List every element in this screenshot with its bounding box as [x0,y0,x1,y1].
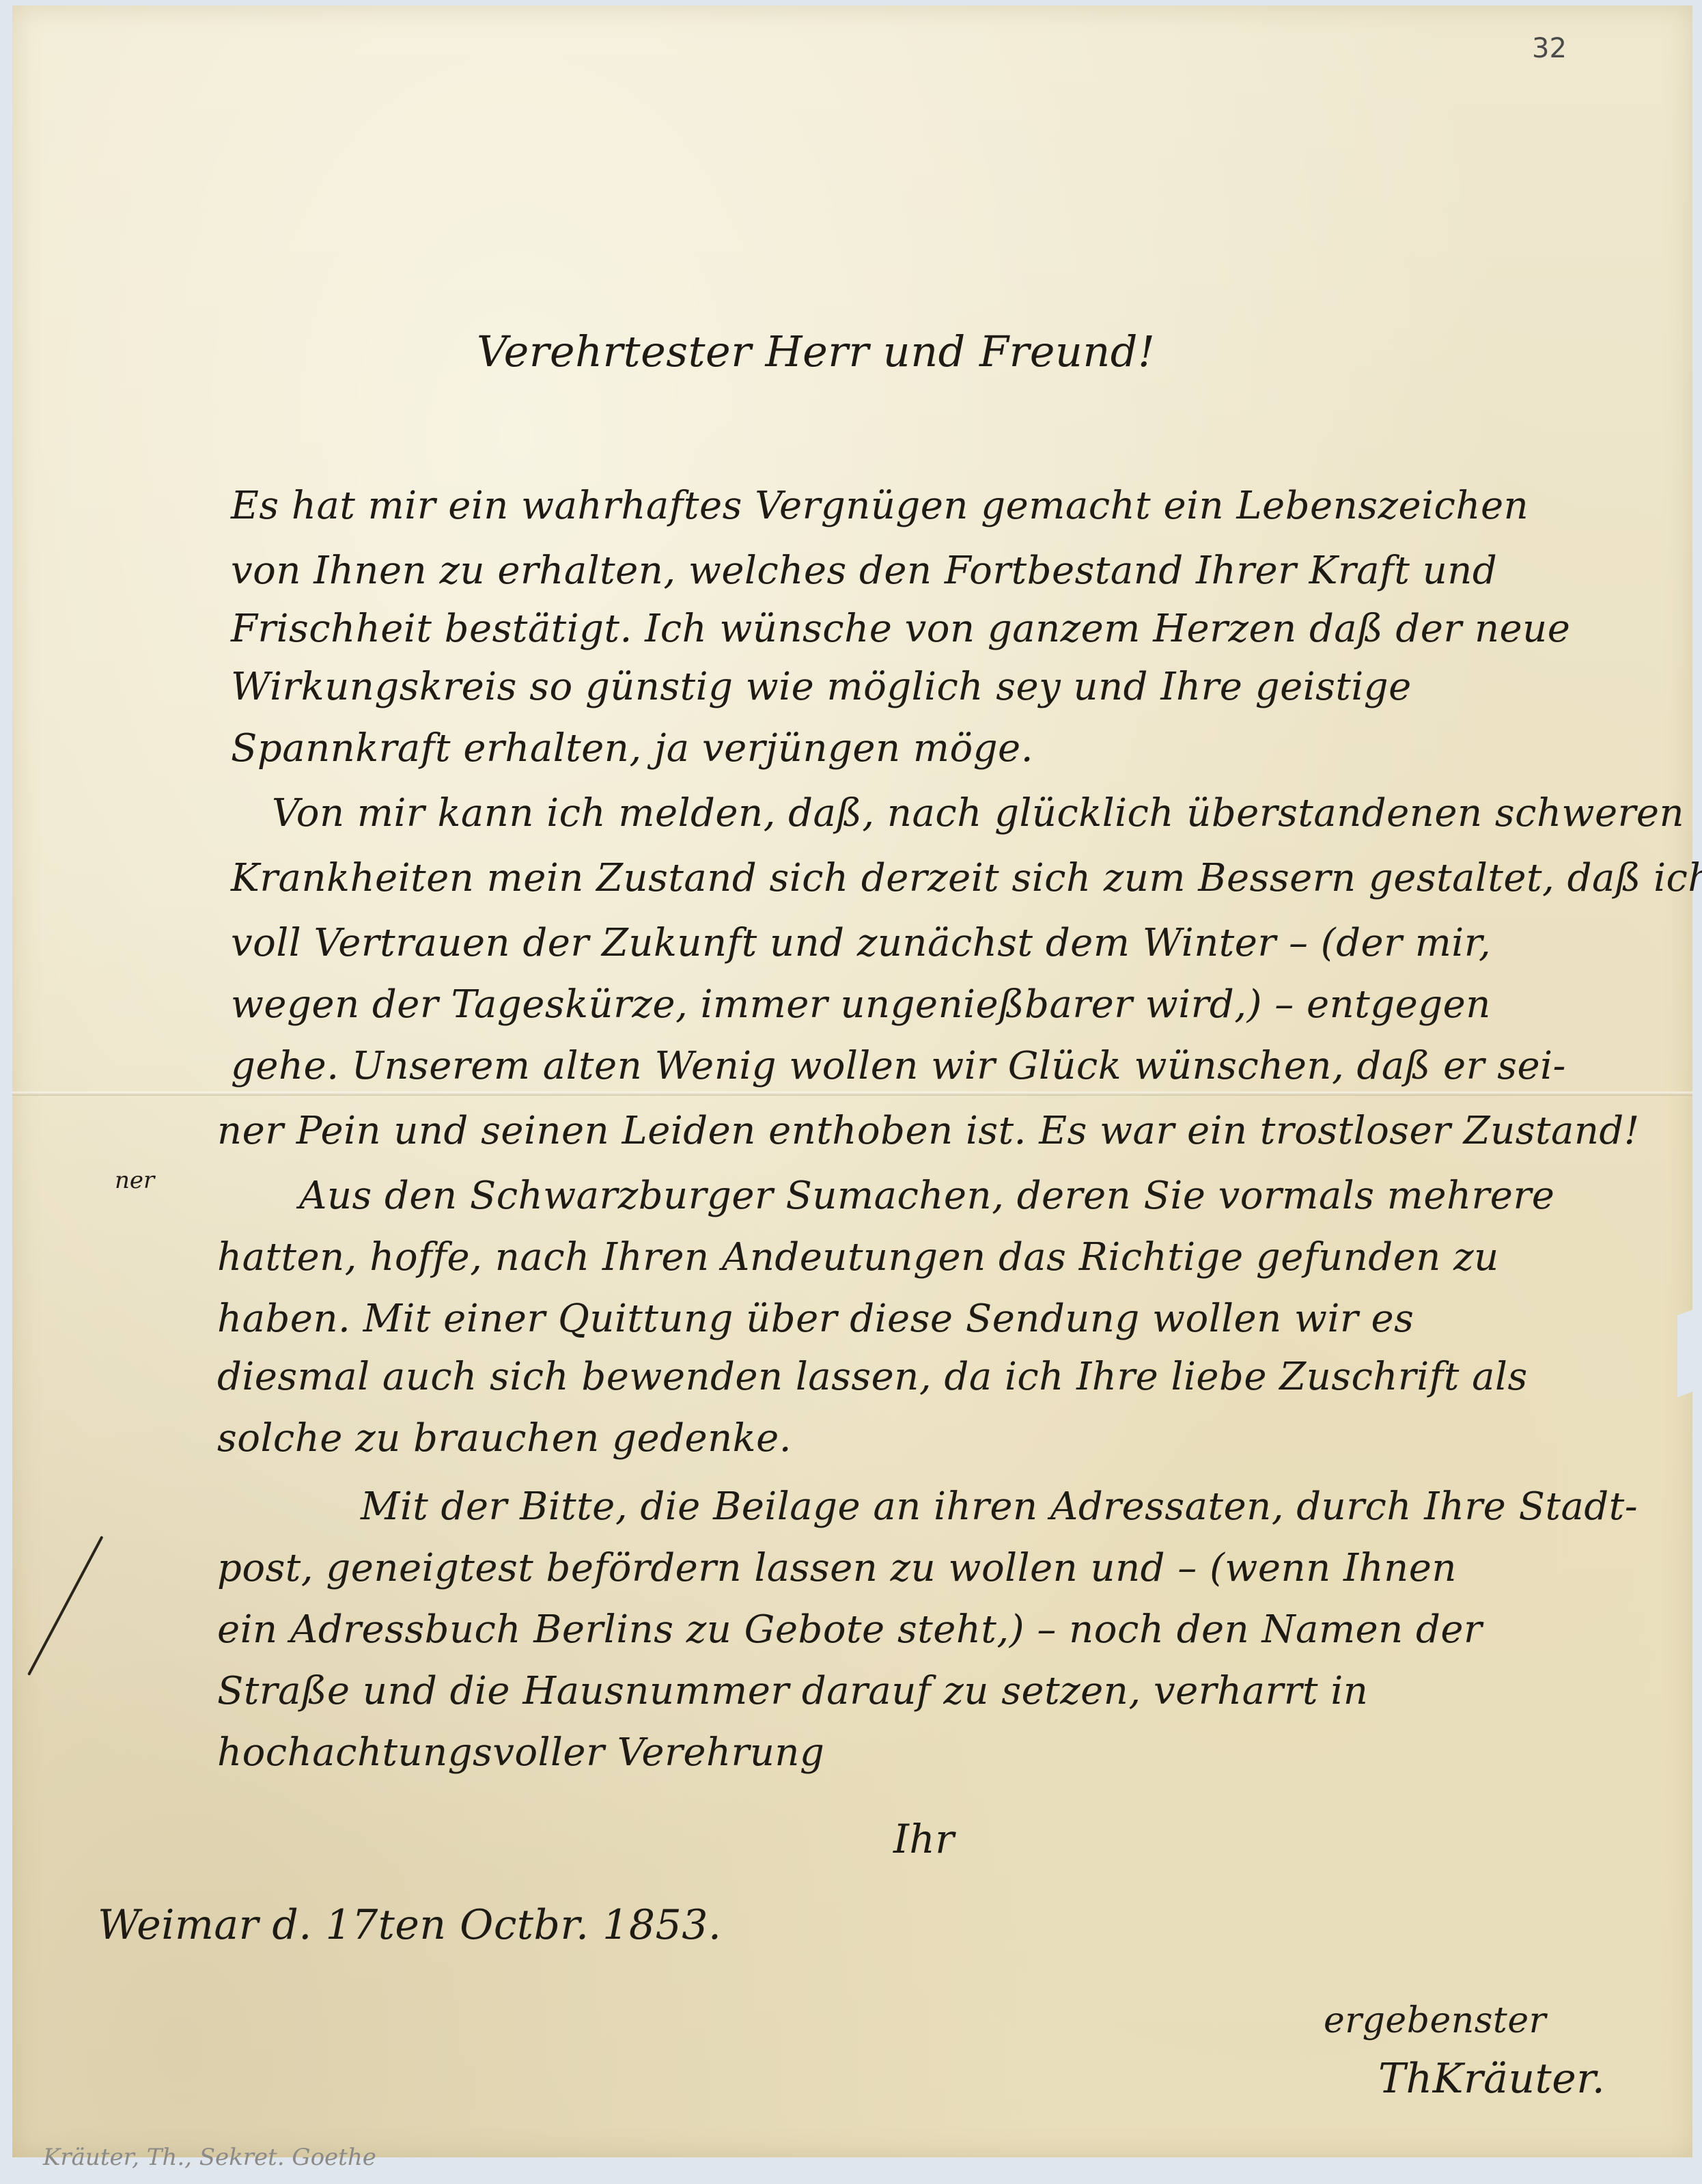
body-line: haben. Mit einer Quittung über diese Sen… [217,1297,1414,1341]
body-line: ein Adressbuch Berlins zu Gebote steht,)… [217,1607,1482,1652]
body-line: Straße und die Hausnummer darauf zu setz… [217,1669,1368,1713]
margin-stroke-mark [27,1536,104,1676]
letter-sheet: 32 Verehrtester Herr und Freund! Es hat … [12,5,1692,2157]
body-line: gehe. Unserem alten Wenig wollen wir Glü… [231,1044,1566,1088]
body-line: ner Pein und seinen Leiden enthoben ist.… [217,1109,1640,1153]
body-line: Von mir kann ich melden, daß, nach glück… [272,791,1684,835]
body-line: von Ihnen zu erhalten, welches den Fortb… [231,549,1497,593]
signature-closing-word: ergebenster [1324,2000,1546,2041]
body-line: Frischheit bestätigt. Ich wünsche von ga… [231,607,1570,651]
margin-note: ner [115,1167,154,1194]
body-line: diesmal auch sich bewenden lassen, da ic… [217,1355,1528,1399]
body-line: Krankheiten mein Zustand sich derzeit si… [231,856,1702,900]
body-line: Mit der Bitte, die Beilage an ihren Adre… [361,1484,1638,1529]
body-line: Spannkraft erhalten, ja verjüngen möge. [231,726,1033,771]
place-date: Weimar d. 17ten Octbr. 1853. [98,1901,721,1949]
body-line: hochachtungsvoller Verehrung [217,1730,824,1775]
body-line: hatten, hoffe, nach Ihren Andeutungen da… [217,1235,1499,1280]
body-line: solche zu brauchen gedenke. [217,1416,792,1461]
salutation: Verehrtester Herr und Freund! [477,327,1155,376]
folio-number: 32 [1532,33,1567,64]
body-line: post, geneigtest befördern lassen zu wol… [217,1546,1457,1590]
body-line: Aus den Schwarzburger Sumachen, deren Si… [299,1174,1554,1218]
pencil-archival-annotation: Kräuter, Th., Sekret. Goethe [43,2144,376,2171]
closing: Ihr [893,1816,955,1862]
body-line: voll Vertrauen der Zukunft und zunächst … [231,921,1491,965]
body-line: Es hat mir ein wahrhaftes Vergnügen gema… [231,484,1529,528]
signature-name: ThKräuter. [1378,2055,1605,2103]
body-line: wegen der Tageskürze, immer ungenießbare… [231,982,1491,1027]
body-line: Wirkungskreis so günstig wie möglich sey… [231,665,1412,709]
